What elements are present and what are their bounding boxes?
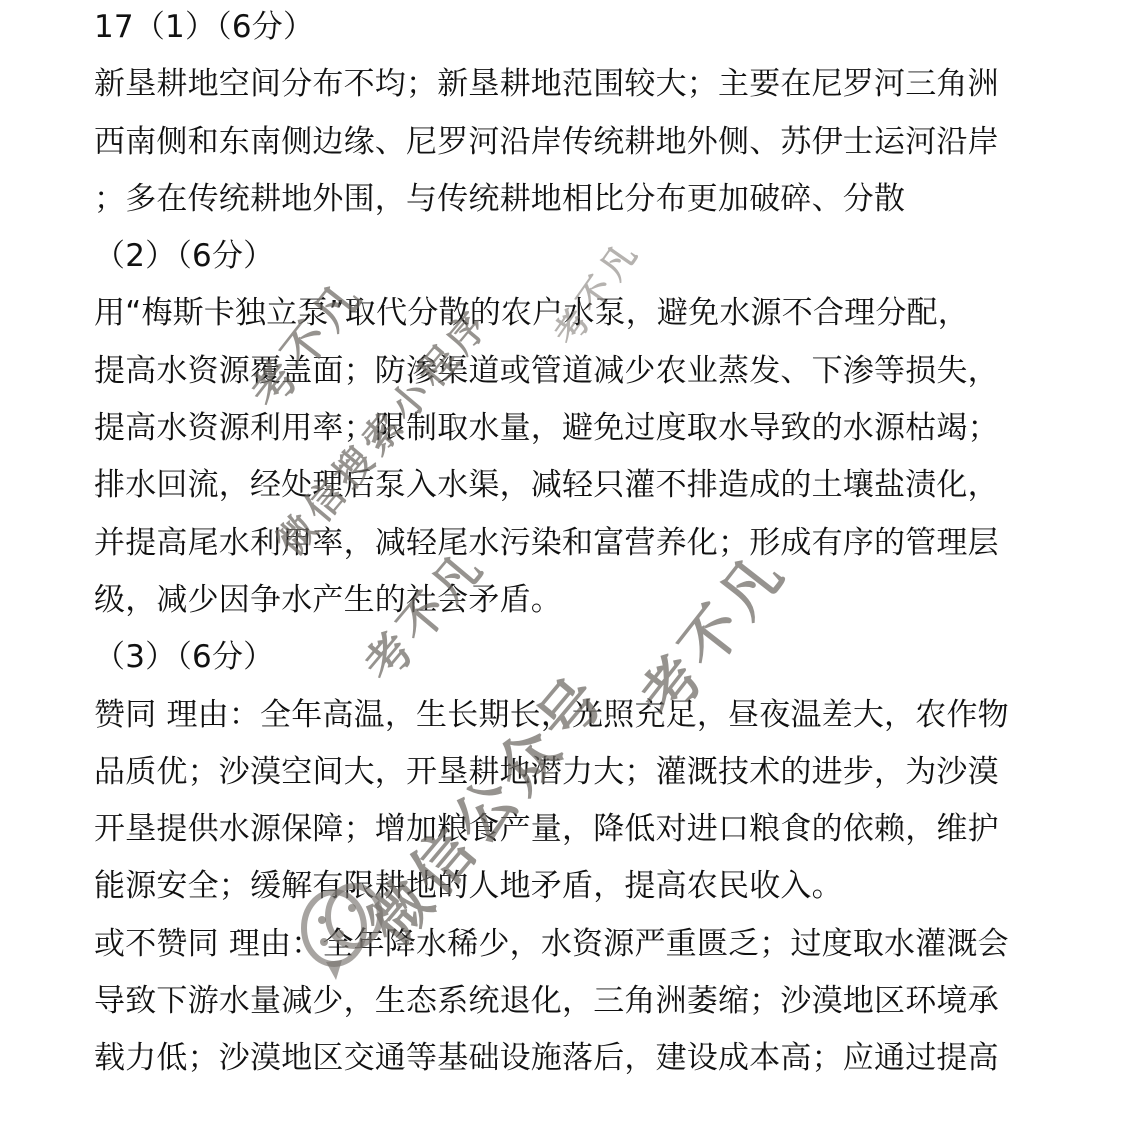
answer-line: 排水回流，经处理后泵入水渠，减轻只灌不排造成的土壤盐渍化， — [94, 457, 1084, 514]
answer-document: 17（1）（6分） 新垦耕地空间分布不均；新垦耕地范围较大；主要在尼罗河三角洲 … — [94, 0, 1084, 1088]
answer-line: 开垦提供水源保障；增加粮食产量，降低对进口粮食的依赖，维护 — [94, 801, 1084, 858]
question-17-part-3-heading: （3）（6分） — [94, 629, 1084, 686]
question-17-part-2-heading: （2）（6分） — [94, 228, 1084, 285]
answer-line: ；多在传统耕地外围，与传统耕地相比分布更加破碎、分散 — [94, 171, 1084, 228]
answer-line: 西南侧和东南侧边缘、尼罗河沿岸传统耕地外侧、苏伊士运河沿岸 — [94, 114, 1084, 171]
answer-line: 能源安全；缓解有限耕地的人地矛盾，提高农民收入。 — [94, 858, 1084, 915]
answer-line: 级，减少因争水产生的社会矛盾。 — [94, 572, 1084, 629]
question-17-part-1-heading: 17（1）（6分） — [94, 0, 1084, 56]
answer-line: 新垦耕地空间分布不均；新垦耕地范围较大；主要在尼罗河三角洲 — [94, 56, 1084, 113]
answer-line: 并提高尾水利用率，减轻尾水污染和富营养化；形成有序的管理层 — [94, 515, 1084, 572]
answer-line: 导致下游水量减少，生态系统退化，三角洲萎缩；沙漠地区环境承 — [94, 973, 1084, 1030]
answer-line: 或不赞同 理由：全年降水稀少，水资源严重匮乏；过度取水灌溉会 — [94, 916, 1084, 973]
answer-line: 载力低；沙漠地区交通等基础设施落后，建设成本高；应通过提高 — [94, 1030, 1084, 1087]
answer-line: 提高水资源利用率；限制取水量，避免过度取水导致的水源枯竭； — [94, 400, 1084, 457]
answer-line: 用“梅斯卡独立泵”取代分散的农户水泵，避免水源不合理分配， — [94, 285, 1084, 342]
answer-line: 品质优；沙漠空间大，开垦耕地潜力大；灌溉技术的进步，为沙漠 — [94, 744, 1084, 801]
answer-line: 赞同 理由：全年高温，生长期长，光照充足，昼夜温差大，农作物 — [94, 687, 1084, 744]
answer-line: 提高水资源覆盖面；防渗渠道或管道减少农业蒸发、下渗等损失， — [94, 343, 1084, 400]
